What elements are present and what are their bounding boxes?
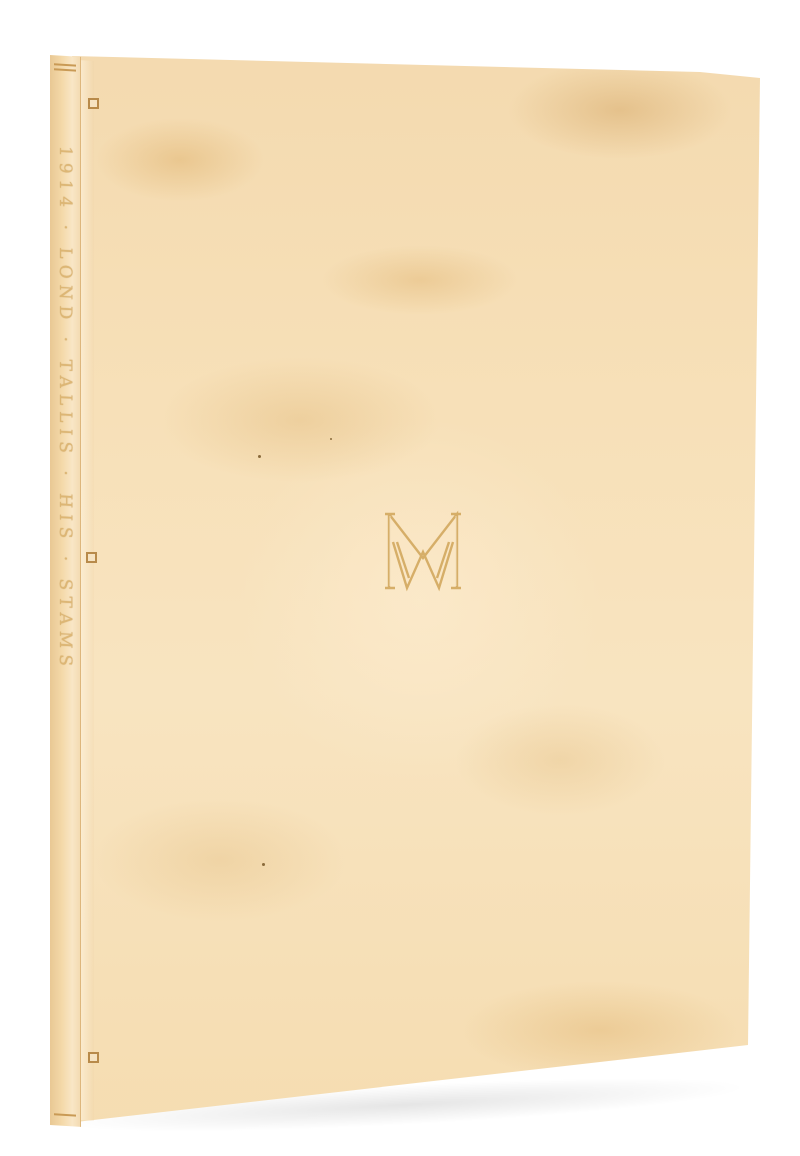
cover-speck xyxy=(258,455,261,458)
tie-slot-icon xyxy=(86,552,97,563)
book-spine: 1914 · LOND · TALLIS · HIS · STAMS xyxy=(50,55,81,1127)
spine-band-bottom xyxy=(54,1113,76,1116)
photo-scene: 1914 · LOND · TALLIS · HIS · STAMS xyxy=(0,0,800,1156)
gilt-monogram-icon xyxy=(383,508,463,593)
tie-slot-icon xyxy=(88,1052,99,1063)
cover-speck xyxy=(330,438,332,440)
spine-band-top-2 xyxy=(54,68,76,71)
spine-band-top xyxy=(54,63,76,66)
tie-slot-icon xyxy=(88,98,99,109)
spine-title: 1914 · LOND · TALLIS · HIS · STAMS xyxy=(52,145,78,1067)
cover-speck xyxy=(262,863,265,866)
